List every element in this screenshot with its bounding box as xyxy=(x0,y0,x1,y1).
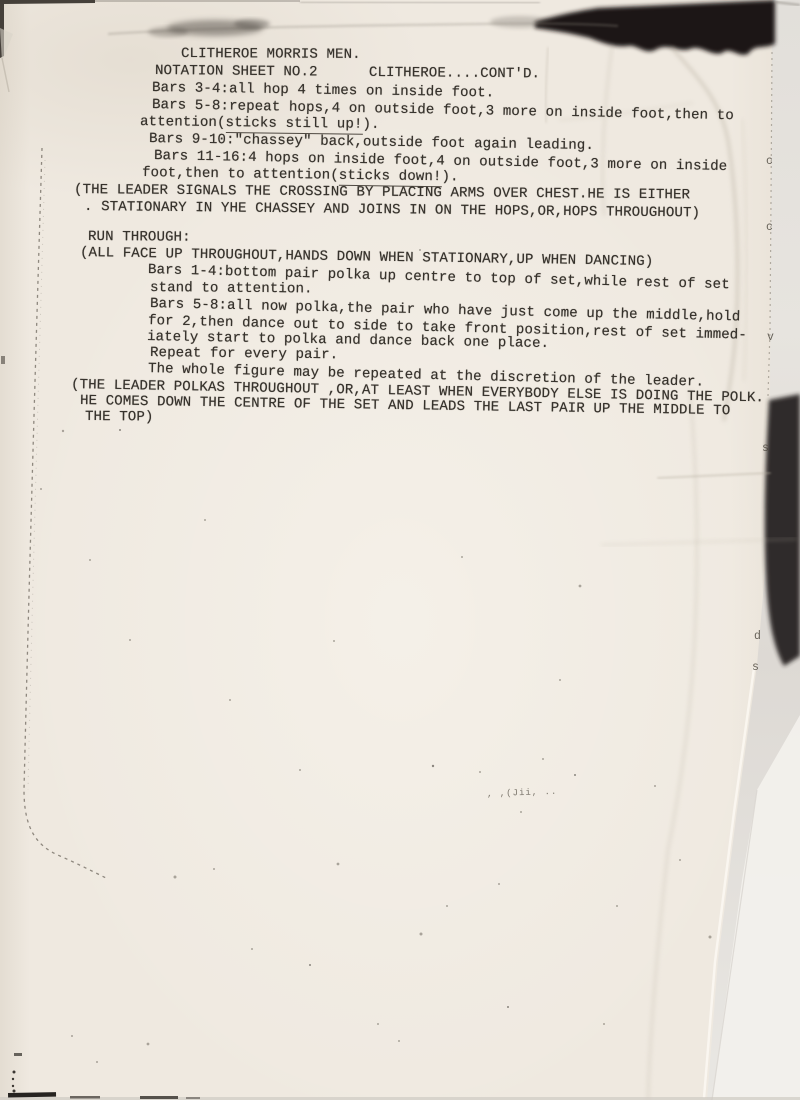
top-left-corner-edge xyxy=(0,0,95,58)
pencil-scribble: , ,(Jii, .. xyxy=(487,787,558,799)
bleed-char: v xyxy=(767,331,774,344)
smudge-streak xyxy=(108,24,618,34)
line-run-through-heading: RUN THROUGH: xyxy=(88,230,191,246)
bleed-char: c xyxy=(766,221,773,234)
line-sheet-number: NOTATION SHEET NO.2 CLITHEROE....CONT'D. xyxy=(155,64,540,82)
dark-edge-band xyxy=(765,394,800,666)
bleed-char: s xyxy=(762,442,769,455)
line-leader-polkas-3: THE TOP) xyxy=(85,410,154,425)
line-rt-bars-1-4-b: stand to attention. xyxy=(150,281,313,297)
line-title: CLITHEROE MORRIS MEN. xyxy=(181,47,361,63)
line-repeat-every-pair: Repeat for every pair. xyxy=(150,346,338,363)
bleed-char: d xyxy=(754,630,761,643)
bleed-char: s xyxy=(752,661,759,674)
black-scan-band xyxy=(535,0,775,55)
line-bars-5-8-b: attention(sticks still up!). xyxy=(140,115,380,133)
line-leader-note-2: . STATIONARY IN YHE CHASSEY AND JOINS IN… xyxy=(84,200,700,221)
bleed-char: c xyxy=(766,155,773,168)
bottom-edge-marks xyxy=(0,1053,800,1100)
scanned-notation-sheet: CLITHEROE MORRIS MEN. NOTATION SHEET NO.… xyxy=(0,0,800,1100)
